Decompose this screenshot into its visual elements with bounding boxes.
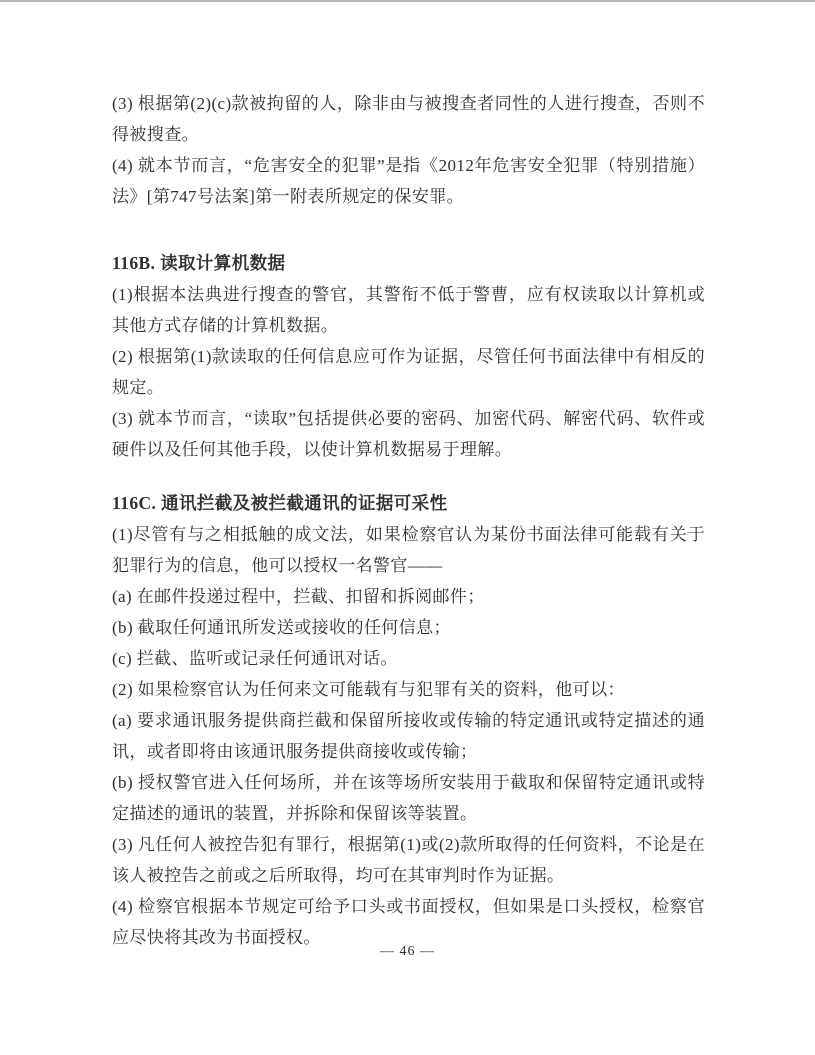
page-number: — 46 — [0,944,815,960]
paragraph: (c) 拦截、监听或记录任何通讯对话。 [112,643,705,674]
paragraph: (3) 根据第(2)(c)款被拘留的人，除非由与被搜查者同性的人进行搜查，否则不… [112,88,705,150]
paragraph: (a) 在邮件投递过程中，拦截、扣留和拆阅邮件； [112,581,705,612]
section-heading: 116C. 通讯拦截及被拦截通讯的证据可采性 [112,488,705,519]
paragraph: (1)尽管有与之相抵触的成文法，如果检察官认为某份书面法律可能载有关于犯罪行为的… [112,519,705,581]
paragraph: (4) 就本节而言，“危害安全的犯罪”是指《2012年危害安全犯罪（特别措施）法… [112,150,705,212]
paragraph: (a) 要求通讯服务提供商拦截和保留所接收或传输的特定通讯或特定描述的通讯，或者… [112,705,705,767]
document-body: (3) 根据第(2)(c)款被拘留的人，除非由与被搜查者同性的人进行搜查，否则不… [112,88,705,953]
paragraph: (b) 截取任何通讯所发送或接收的任何信息； [112,612,705,643]
scanned-document-page: (3) 根据第(2)(c)款被拘留的人，除非由与被搜查者同性的人进行搜查，否则不… [0,0,815,1055]
paragraph: (1)根据本法典进行搜查的警官，其警衔不低于警曹，应有权读取以计算机或其他方式存… [112,279,705,341]
scan-edge-artifact [0,0,815,2]
paragraph: (2) 如果检察官认为任何来文可能载有与犯罪有关的资料，他可以： [112,674,705,705]
paragraph: (b) 授权警官进入任何场所，并在该等场所安装用于截取和保留特定通讯或特定描述的… [112,767,705,829]
paragraph: (3) 凡任何人被控告犯有罪行，根据第(1)或(2)款所取得的任何资料，不论是在… [112,829,705,891]
paragraph: (2) 根据第(1)款读取的任何信息应可作为证据，尽管任何书面法律中有相反的规定… [112,341,705,403]
paragraph: (3) 就本节而言，“读取”包括提供必要的密码、加密代码、解密代码、软件或硬件以… [112,403,705,465]
section-heading: 116B. 读取计算机数据 [112,248,705,279]
